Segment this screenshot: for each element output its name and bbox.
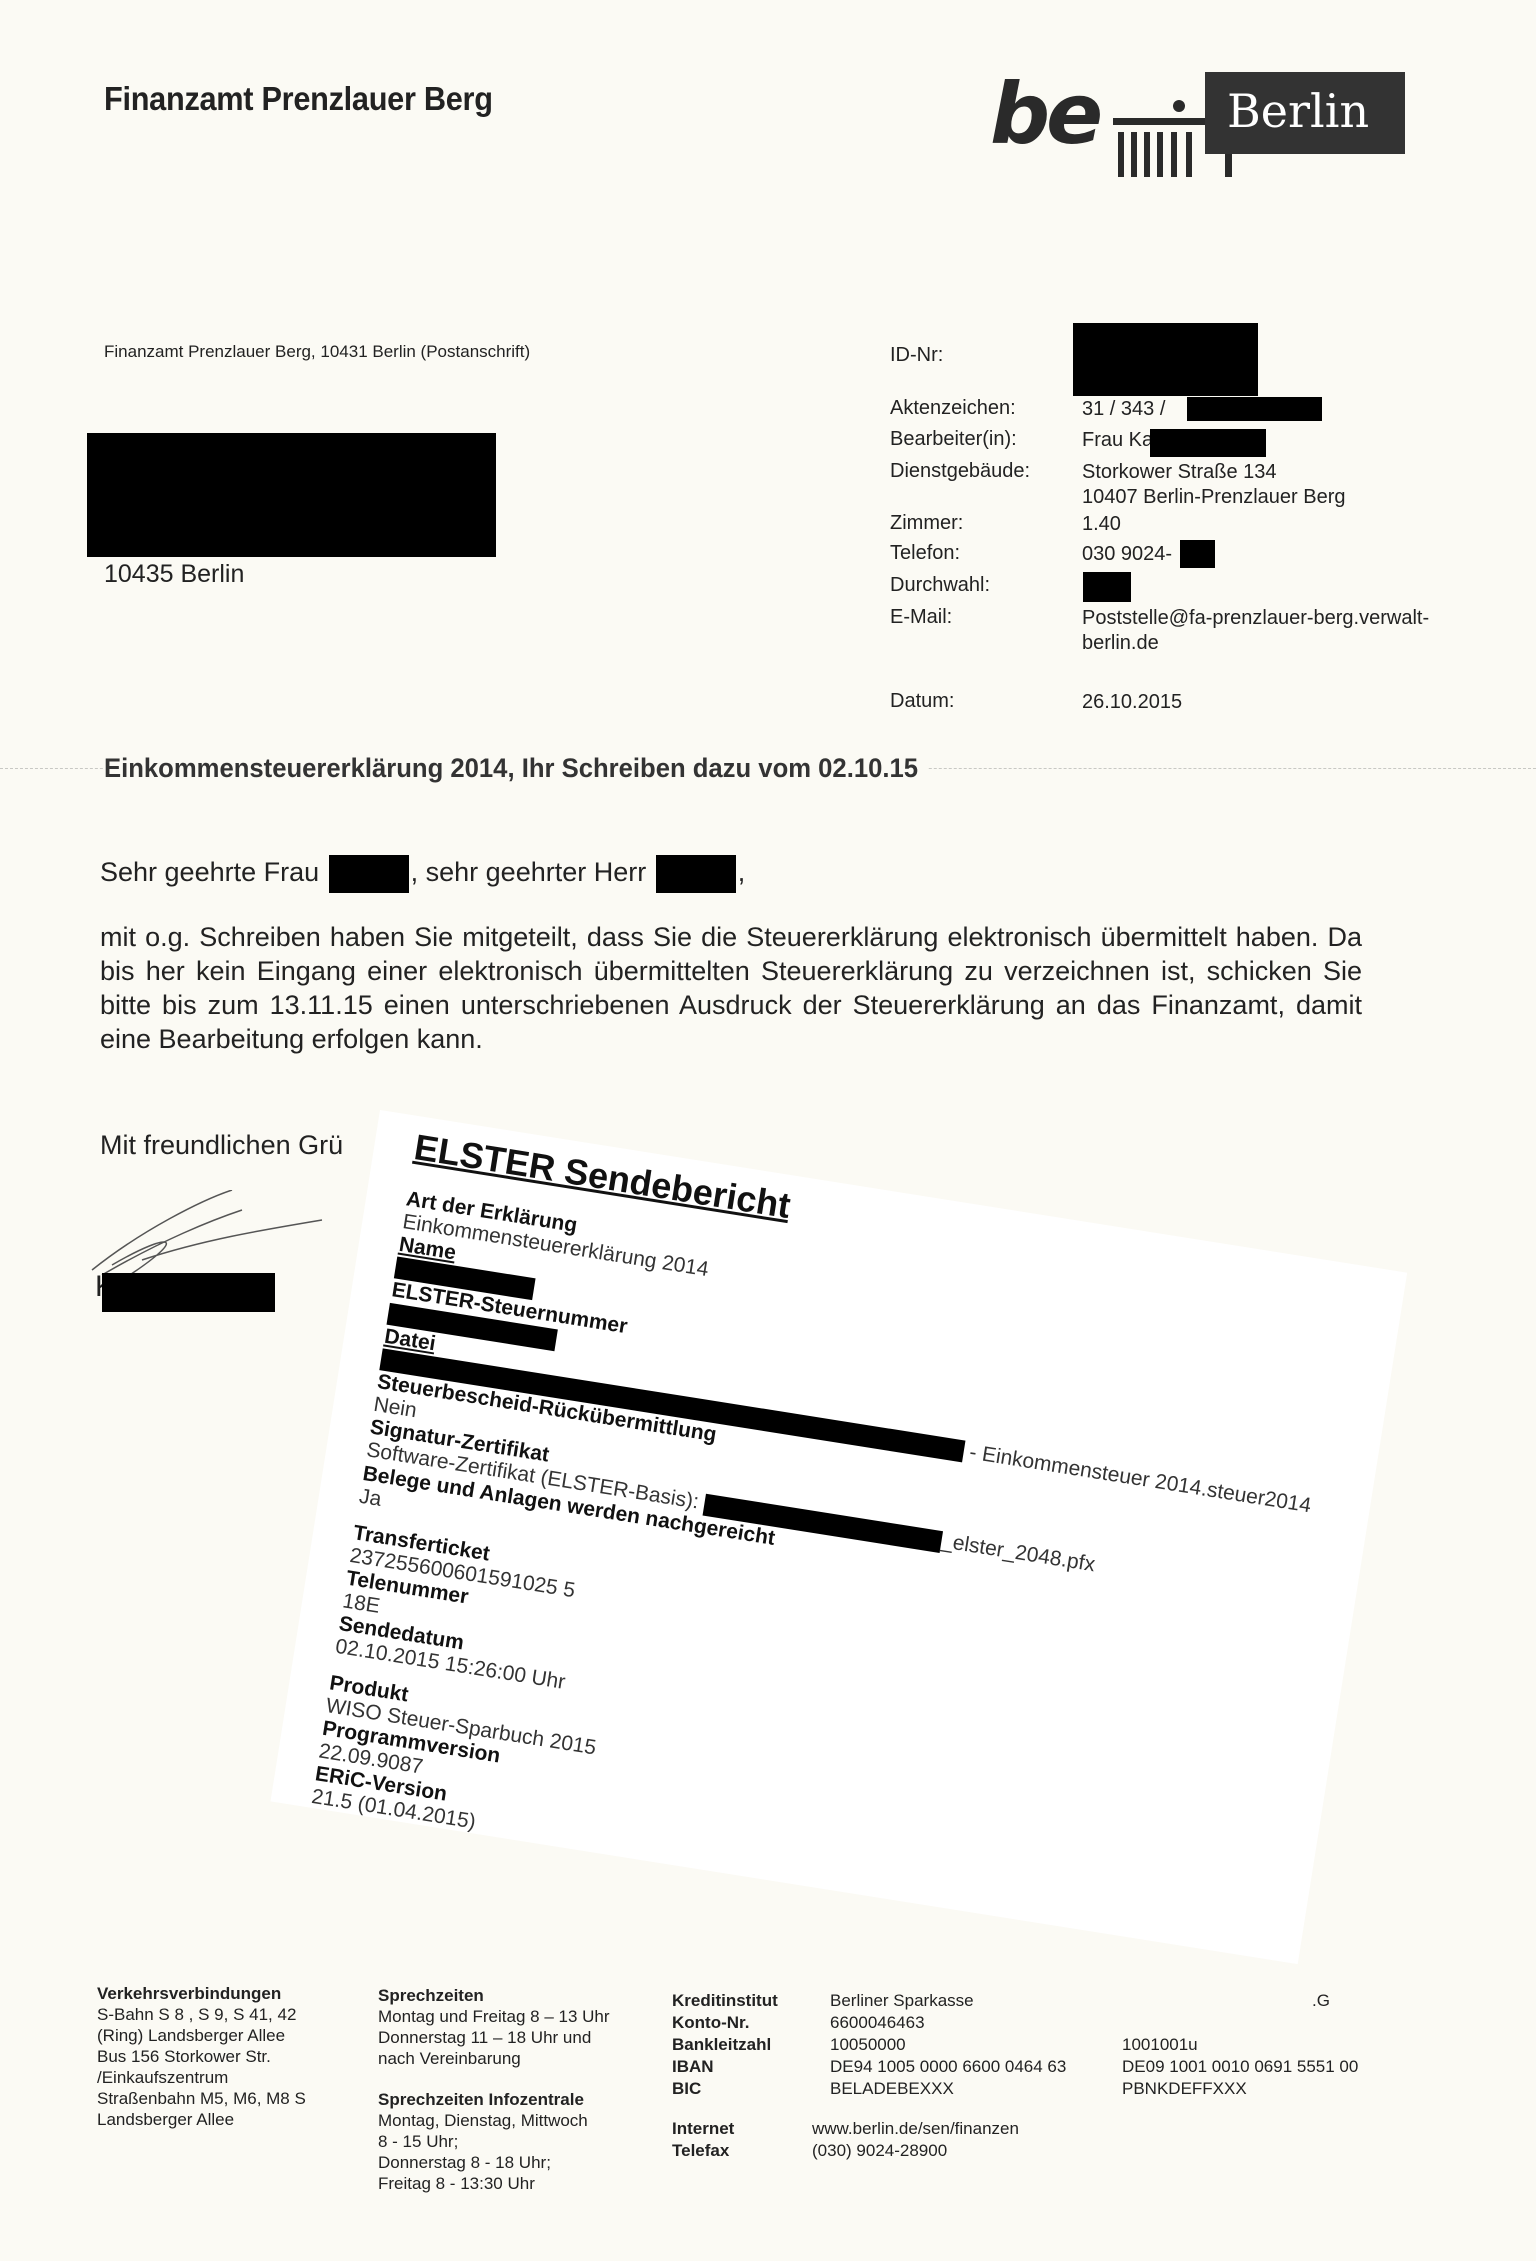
bank-value: Berliner Sparkasse xyxy=(830,1990,974,2011)
internet-link[interactable]: www.berlin.de/sen/finanzen xyxy=(812,2118,1019,2139)
salutation: Sehr geehrte Frau , sehr geehrter Herr , xyxy=(100,855,745,893)
footer-line: Montag, Dienstag, Mittwoch xyxy=(378,2110,678,2131)
bank-value: 6600046463 xyxy=(830,2012,925,2033)
info-value: Poststelle@fa-prenzlauer-berg.verwalt- xyxy=(1082,606,1429,630)
info-label: Datum: xyxy=(890,690,1080,713)
authority-title: Finanzamt Prenzlauer Berg xyxy=(104,80,493,118)
info-label: Durchwahl: xyxy=(890,574,1080,597)
footer-line: (Ring) Landsberger Allee xyxy=(97,2025,347,2046)
elster-content: ELSTER Sendebericht Art der Erklärung Ei… xyxy=(310,1126,1348,1955)
bank-value: DE94 1005 0000 6600 0464 63 xyxy=(830,2056,1066,2077)
info-label: Telefon: xyxy=(890,542,1080,565)
logo-column-icon xyxy=(1157,132,1163,177)
logo-column-icon xyxy=(1186,132,1192,177)
footer-line: nach Vereinbarung xyxy=(378,2048,678,2069)
bank-value-2: .G xyxy=(1312,1990,1330,2011)
footer-heading: Verkehrsverbindungen xyxy=(97,1984,281,2003)
footer-line: S-Bahn S 8 , S 9, S 41, 42 xyxy=(97,2004,347,2025)
redacted-signer xyxy=(102,1273,275,1312)
footer-line: Donnerstag 11 – 18 Uhr und xyxy=(378,2027,678,2048)
info-label: Aktenzeichen: xyxy=(890,397,1080,420)
info-value: 31 / 343 / xyxy=(1082,397,1165,421)
closing: Mit freundlichen Grü xyxy=(100,1130,343,1161)
bank-label: Telefax xyxy=(672,2140,729,2161)
logo-column-icon xyxy=(1171,132,1177,177)
info-value: Storkower Straße 134 xyxy=(1082,460,1277,484)
body-paragraph: mit o.g. Schreiben haben Sie mitgeteilt,… xyxy=(100,920,1362,1056)
info-value: 1.40 xyxy=(1082,512,1121,536)
footer-line: Straßenbahn M5, M6, M8 S xyxy=(97,2088,347,2109)
redacted-telefon xyxy=(1180,540,1215,568)
bank-value-2: PBNKDEFFXXX xyxy=(1122,2078,1247,2099)
bank-value: (030) 9024-28900 xyxy=(812,2140,947,2161)
bank-value: BELADEBEXXX xyxy=(830,2078,954,2099)
logo-column-icon xyxy=(1144,132,1150,177)
info-label: Dienstgebäude: xyxy=(890,460,1080,483)
footer-heading: Sprechzeiten xyxy=(378,1986,484,2005)
redacted-aktenzeichen xyxy=(1187,397,1322,421)
bank-label: BIC xyxy=(672,2078,701,2099)
footer-line: Landsberger Allee xyxy=(97,2109,347,2130)
logo-box: Berlin xyxy=(1205,72,1405,154)
info-value: 10407 Berlin-Prenzlauer Berg xyxy=(1082,485,1346,509)
info-value: berlin.de xyxy=(1082,631,1159,655)
info-label: ID-Nr: xyxy=(890,344,1080,367)
bank-label: Internet xyxy=(672,2118,734,2139)
redacted-name xyxy=(329,855,409,893)
info-label: E-Mail: xyxy=(890,606,1080,629)
footer-line: Montag und Freitag 8 – 13 Uhr xyxy=(378,2006,678,2027)
salutation-text: , xyxy=(738,857,746,887)
footer-line: /Einkaufszentrum xyxy=(97,2067,347,2088)
redacted-name xyxy=(656,855,736,893)
bank-label: IBAN xyxy=(672,2056,714,2077)
sender-return-address: Finanzamt Prenzlauer Berg, 10431 Berlin … xyxy=(104,342,530,362)
elster-report-overlay: ELSTER Sendebericht Art der Erklärung Ei… xyxy=(270,1110,1407,1964)
footer-line: Freitag 8 - 13:30 Uhr xyxy=(378,2173,678,2194)
info-value: 030 9024- xyxy=(1082,542,1172,566)
logo-column-icon xyxy=(1131,132,1137,177)
info-value: 26.10.2015 xyxy=(1082,690,1182,714)
bank-value: 10050000 xyxy=(830,2034,906,2055)
info-label: Zimmer: xyxy=(890,512,1080,535)
salutation-text: , sehr geehrter Herr xyxy=(411,857,647,887)
redacted-durchwahl xyxy=(1083,572,1131,602)
info-label: Bearbeiter(in): xyxy=(890,428,1080,451)
footer-verkehr: Verkehrsverbindungen S-Bahn S 8 , S 9, S… xyxy=(97,1983,347,2130)
logo-dot-icon xyxy=(1173,100,1185,112)
berlin-logo: be Berlin xyxy=(990,70,1420,180)
bank-value-2: 1001001u xyxy=(1122,2034,1198,2055)
subject: Einkommensteuererklärung 2014, Ihr Schre… xyxy=(104,753,928,784)
bank-label: Konto-Nr. xyxy=(672,2012,749,2033)
salutation-text: Sehr geehrte Frau xyxy=(100,857,319,887)
redacted-bearbeiter xyxy=(1150,429,1266,457)
footer-line: Bus 156 Storkower Str. xyxy=(97,2046,347,2067)
footer-line: Donnerstag 8 - 18 Uhr; xyxy=(378,2152,678,2173)
redacted-id-nr xyxy=(1073,323,1258,396)
logo-prefix: be xyxy=(990,72,1099,156)
footer-heading: Sprechzeiten Infozentrale xyxy=(378,2090,584,2109)
redacted-recipient-address xyxy=(87,433,496,557)
footer-sprechzeiten: Sprechzeiten Montag und Freitag 8 – 13 U… xyxy=(378,1985,678,2194)
bank-label: Kreditinstitut xyxy=(672,1990,778,2011)
bank-label: Bankleitzahl xyxy=(672,2034,771,2055)
info-value: Frau Ka xyxy=(1082,428,1153,452)
bank-value-2: DE09 1001 0010 0691 5551 00 xyxy=(1122,2056,1358,2077)
logo-name: Berlin xyxy=(1227,84,1369,138)
logo-column-icon xyxy=(1118,132,1124,177)
footer-line: 8 - 15 Uhr; xyxy=(378,2131,678,2152)
recipient-city: 10435 Berlin xyxy=(104,560,244,589)
